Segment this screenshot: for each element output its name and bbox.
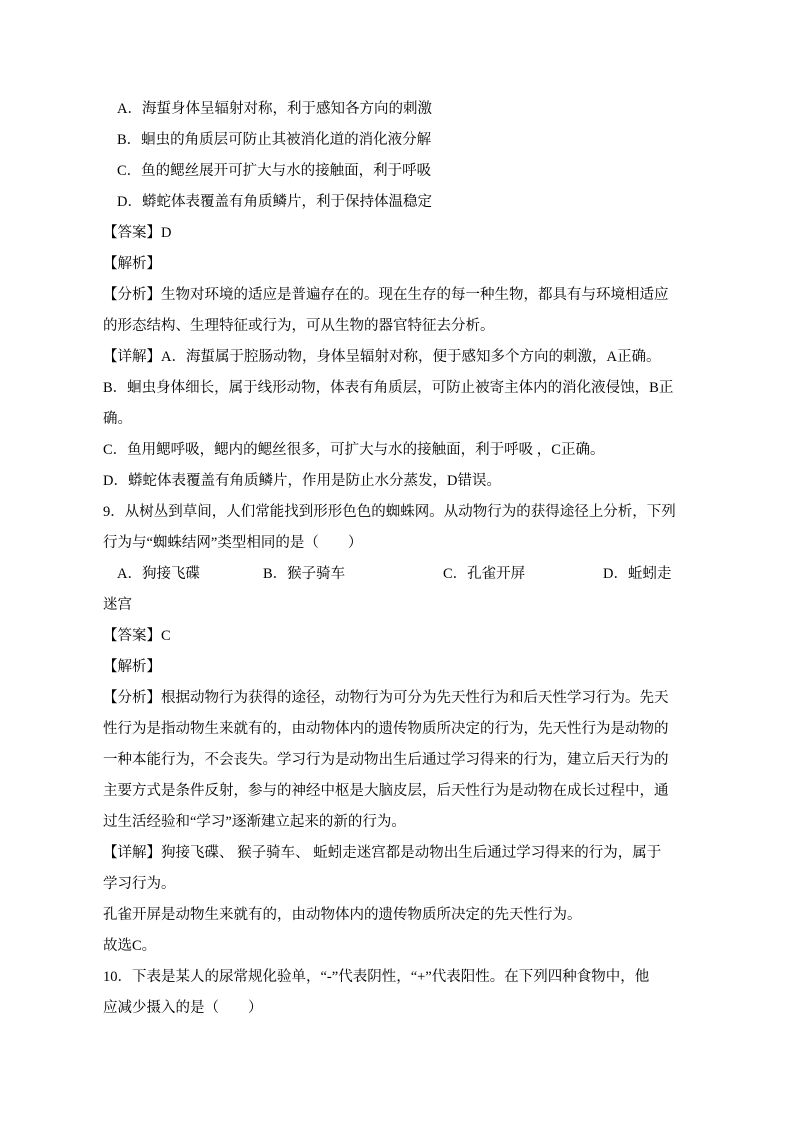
text-line: 主要方式是条件反射，参与的神经中枢是大脑皮层，后天性行为是动物在成长过程中，通: [103, 776, 743, 807]
text-line: D．蟒蛇体表覆盖有角质鳞片，作用是防止水分蒸发，D错误。: [103, 466, 743, 497]
text-line: D．蟒蛇体表覆盖有角质鳞片，利于保持体温稳定: [103, 187, 743, 218]
option-item: C．孔雀开屏: [443, 559, 525, 590]
text-line: 【分析】生物对环境的适应是普遍存在的。现在生存的每一种生物，都具有与环境相适应: [103, 280, 743, 311]
text-line: 一种本能行为，不会丧失。学习行为是动物出生后通过学习得来的行为，建立后天行为的: [103, 745, 743, 776]
document-page: A．海蜇身体呈辐射对称，利于感知各方向的刺激B．蛔虫的角质层可防止其被消化道的消…: [0, 0, 794, 1123]
option-item: B．猴子骑车: [263, 559, 345, 590]
text-line: 迷宫: [103, 590, 743, 621]
text-line: 性行为是指动物生来就有的，由动物体内的遗传物质所决定的行为，先天性行为是动物的: [103, 714, 743, 745]
text-line: 应减少摄入的是（ ）: [103, 993, 743, 1024]
text-line: 确。: [103, 404, 743, 435]
options-row: A．狗接飞碟B．猴子骑车C．孔雀开屏D．蚯蚓走: [103, 559, 743, 590]
text-line: 10．下表是某人的尿常规化验单，“-”代表阴性，“+”代表阳性。在下列四种食物中…: [103, 962, 743, 993]
option-item: D．蚯蚓走: [603, 559, 671, 590]
option-item: A．狗接飞碟: [117, 559, 200, 590]
text-line: B．蛔虫的角质层可防止其被消化道的消化液分解: [103, 125, 743, 156]
text-line: C．鱼的鳃丝展开可扩大与水的接触面，利于呼吸: [103, 156, 743, 187]
text-line: 9．从树丛到草间，人们常能找到形形色色的蜘蛛网。从动物行为的获得途径上分析，下列: [103, 497, 743, 528]
text-line: 【解析】: [103, 652, 743, 683]
text-line: C．鱼用鳃呼吸，鳃内的鳃丝很多，可扩大与水的接触面，利于呼吸 ，C正确。: [103, 435, 743, 466]
text-line: 的形态结构、生理特征或行为，可从生物的器官特征去分析。: [103, 311, 743, 342]
text-line: 【分析】根据动物行为获得的途径，动物行为可分为先天性行为和后天性学习行为。先天: [103, 683, 743, 714]
text-line: 【详解】A．海蜇属于腔肠动物，身体呈辐射对称，便于感知多个方向的刺激，A正确。: [103, 342, 743, 373]
text-line: 过生活经验和“学习”逐渐建立起来的新的行为。: [103, 807, 743, 838]
document-text: A．海蜇身体呈辐射对称，利于感知各方向的刺激B．蛔虫的角质层可防止其被消化道的消…: [103, 94, 743, 1024]
text-line: 【解析】: [103, 249, 743, 280]
text-line: 行为与“蜘蛛结网”类型相同的是（ ）: [103, 528, 743, 559]
text-line: 【详解】狗接飞碟、 猴子骑车、 蚯蚓走迷宫都是动物出生后通过学习得来的行为，属于: [103, 838, 743, 869]
text-line: 故选C。: [103, 931, 743, 962]
text-line: A．海蜇身体呈辐射对称，利于感知各方向的刺激: [103, 94, 743, 125]
text-line: 孔雀开屏是动物生来就有的，由动物体内的遗传物质所决定的先天性行为。: [103, 900, 743, 931]
text-line: 学习行为。: [103, 869, 743, 900]
text-line: B．蛔虫身体细长，属于线形动物，体表有角质层，可防止被寄主体内的消化液侵蚀，B正: [103, 373, 743, 404]
text-line: 【答案】C: [103, 621, 743, 652]
text-line: 【答案】D: [103, 218, 743, 249]
